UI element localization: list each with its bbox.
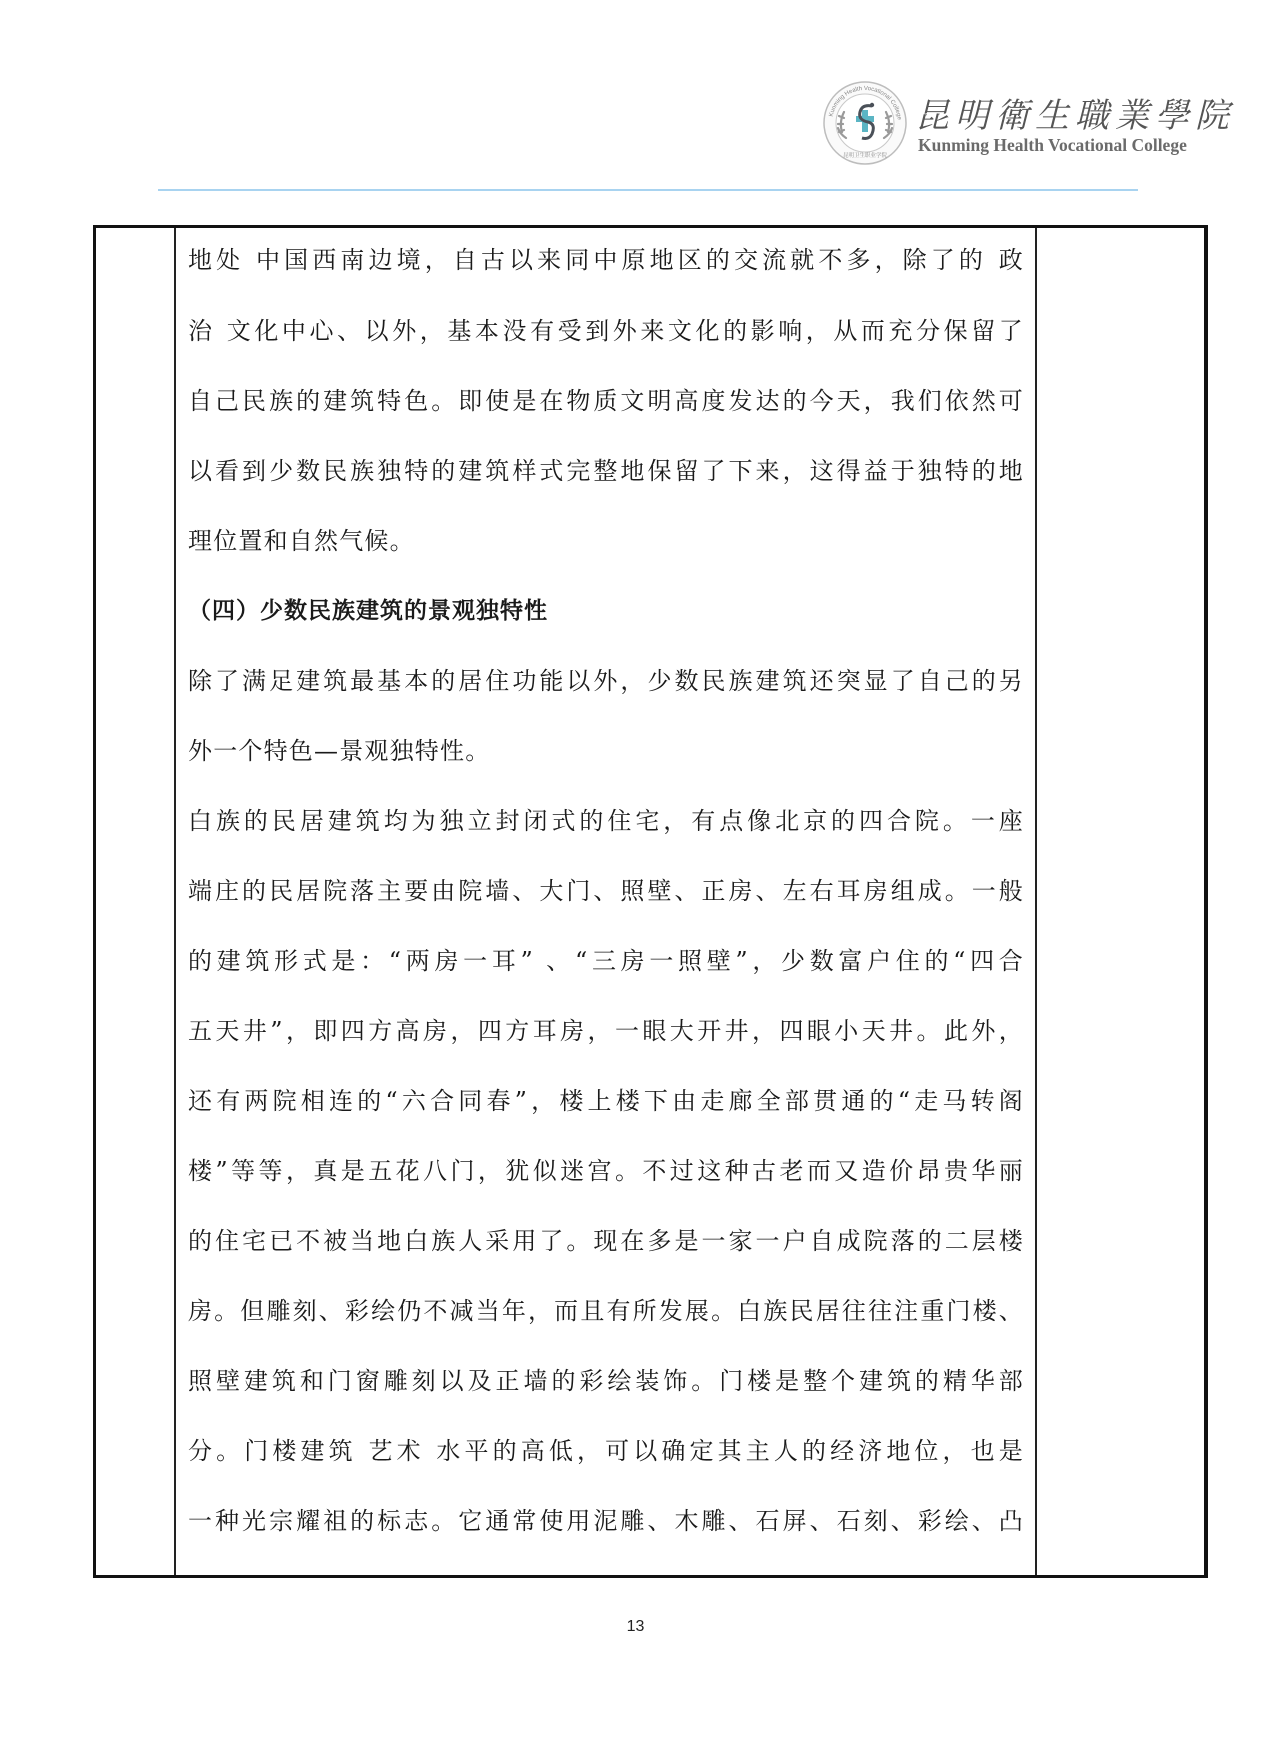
table-column-divider-right [1035,228,1037,1575]
table-column-divider-left [174,228,176,1575]
text-line: 的住宅已不被当地白族人采用了。现在多是一家一户自成院落的二层楼 [188,1221,1024,1261]
college-name-english: Kunming Health Vocational College [918,135,1187,156]
text-line: 五天井”，即四方高房，四方耳房，一眼大开井，四眼小天井。此外， [188,1011,1024,1051]
text-line: 地处 中国西南边境，自古以来同中原地区的交流就不多，除了的 政 [188,240,1024,280]
header-divider [158,189,1138,191]
text-line: 理位置和自然气候。 [188,521,415,561]
text-line: 房。但雕刻、彩绘仍不减当年，而且有所发展。白族民居往往注重门楼、 [188,1291,1024,1331]
svg-text:昆明卫生职业学院: 昆明卫生职业学院 [843,151,888,159]
text-line: 外一个特色—景观独特性。 [188,731,490,771]
section-heading: （四）少数民族建筑的景观独特性 [188,591,548,631]
text-line: 分。门楼建筑 艺术 水平的高低，可以确定其主人的经济地位，也是 [188,1431,1024,1471]
text-line: 以看到少数民族独特的建筑样式完整地保留了下来，这得益于独特的地 [188,451,1024,491]
text-line: 端庄的民居院落主要由院墙、大门、照壁、正房、左右耳房组成。一般 [188,871,1024,911]
college-name-chinese: 昆明衛生職業學院 [915,88,1235,137]
content-table: 地处 中国西南边境，自古以来同中原地区的交流就不多，除了的 政 治 文化中心、以… [93,225,1208,1578]
text-line: 治 文化中心、以外，基本没有受到外来文化的影响，从而充分保留了 [188,311,1024,351]
page-header: Kunming Health Vocational College 昆明卫生职业… [0,0,1271,200]
text-line: 照壁建筑和门窗雕刻以及正墙的彩绘装饰。门楼是整个建筑的精华部 [188,1361,1024,1401]
text-line: 白族的民居建筑均为独立封闭式的住宅，有点像北京的四合院。一座 [188,801,1024,841]
text-line: 除了满足建筑最基本的居住功能以外，少数民族建筑还突显了自己的另 [188,661,1024,701]
text-line: 楼”等等，真是五花八门，犹似迷宫。不过这种古老而又造价昂贵华丽 [188,1151,1024,1191]
text-line: 还有两院相连的“六合同春”，楼上楼下由走廊全部贯通的“走马转阁 [188,1081,1024,1121]
college-emblem-icon: Kunming Health Vocational College 昆明卫生职业… [822,80,908,166]
page-number: 13 [0,1618,1271,1636]
text-line: 自己民族的建筑特色。即使是在物质文明高度发达的今天，我们依然可 [188,381,1024,421]
text-line: 的建筑形式是：“两房一耳” 、“三房一照壁”，少数富户住的“四合 [188,941,1024,981]
text-line: 一种光宗耀祖的标志。它通常使用泥雕、木雕、石屏、石刻、彩绘、凸 [188,1501,1024,1541]
